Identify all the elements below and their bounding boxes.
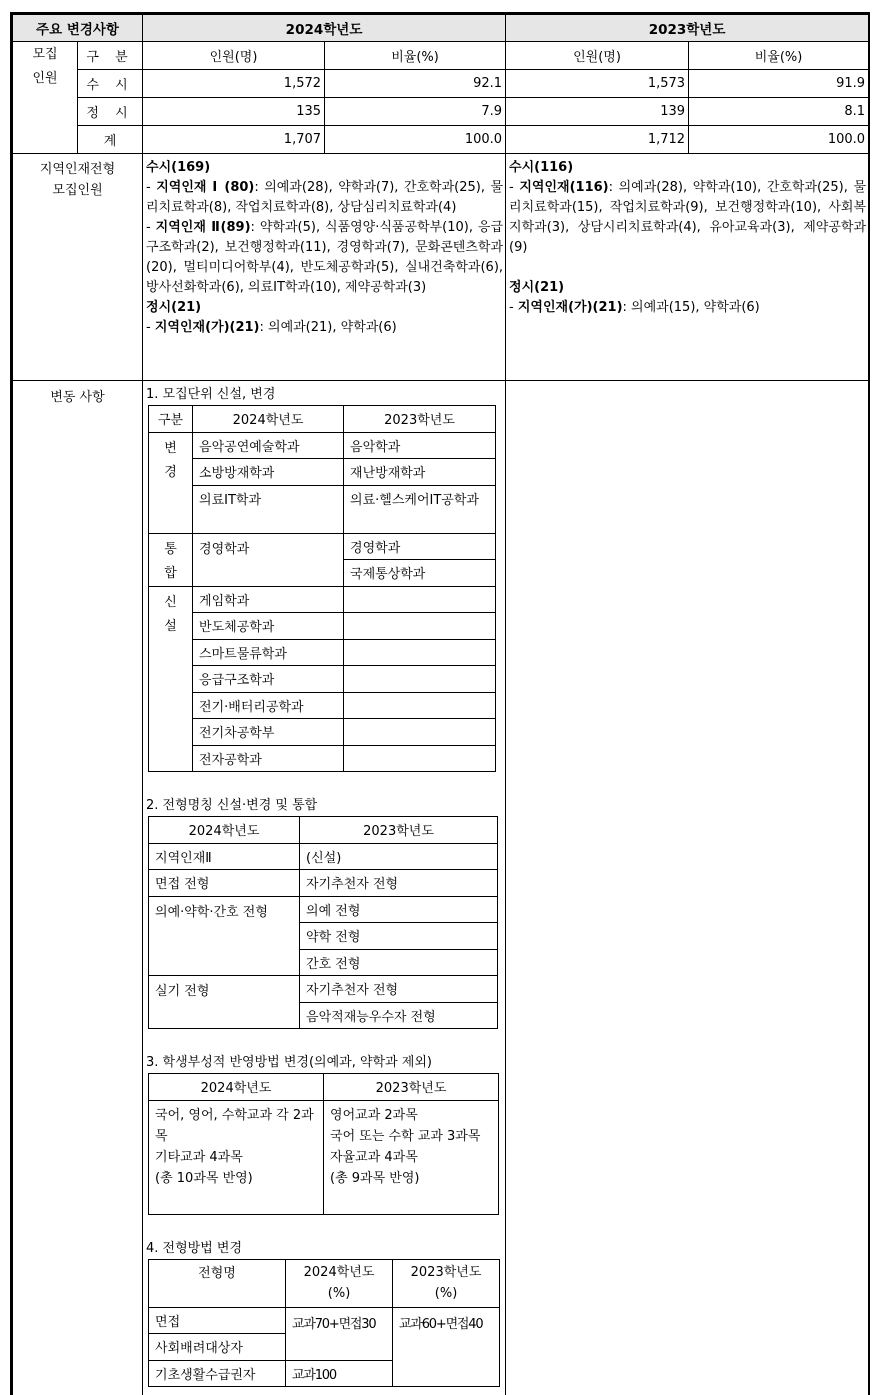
recruit-label: 모집 인원 <box>13 42 78 154</box>
section1-title: 1. 모집단위 신설, 변경 <box>146 385 502 405</box>
count-header-2024: 인원(명) <box>143 42 325 70</box>
quota-name: 지역인재(가)(21) <box>155 320 260 335</box>
cell-2024: 의예·약학·간호 전형 <box>149 896 300 976</box>
col-header: 2024학년도 <box>149 1074 324 1101</box>
changes-empty-2023 <box>506 381 869 1395</box>
regional-line-2: - 지역인재 Ⅱ(89): 약학과(5), 식품영양·식품공학부(10), 응급… <box>146 218 503 298</box>
cell-2024: 응급구조학과 <box>193 666 344 693</box>
method-2023: 교과60+면접40 <box>393 1307 500 1387</box>
table-row: 정 시 135 7.9 139 8.1 <box>13 98 869 126</box>
screening-name-table: 2024학년도 2023학년도 지역인재Ⅱ (신설) 면접 전형 자기추천자 전… <box>148 816 498 1029</box>
cell-2024: 경영학과 <box>193 533 344 586</box>
header-label: 주요 변경사항 <box>13 15 143 42</box>
ratio-2024: 7.9 <box>325 98 506 126</box>
main-table: 주요 변경사항 2024학년도 2023학년도 모집 인원 구 분 인원(명) … <box>12 14 869 1395</box>
method-line: 국어 또는 수학 교과 3과목 <box>330 1126 492 1147</box>
cell-2023: 의료·헬스케어IT공학과 <box>344 485 496 533</box>
count-2023: 139 <box>506 98 689 126</box>
cell-2023 <box>344 586 496 613</box>
count-2023: 1,712 <box>506 126 689 154</box>
row-category: 정 시 <box>78 98 143 126</box>
recruit-subheader-row: 모집 인원 구 분 인원(명) 비율(%) 인원(명) 비율(%) <box>13 42 869 70</box>
method-line: 자율교과 4과목 <box>330 1147 492 1168</box>
cell-2023: 경영학과 <box>344 533 496 560</box>
category-header: 구 분 <box>78 42 143 70</box>
admission-changes-document: 주요 변경사항 2024학년도 2023학년도 모집 인원 구 분 인원(명) … <box>10 12 870 1395</box>
count-2024: 135 <box>143 98 325 126</box>
header-row: 주요 변경사항 2024학년도 2023학년도 <box>13 15 869 42</box>
ratio-2023: 91.9 <box>689 70 869 98</box>
cell-2023: 자기추천자 전형 <box>300 976 498 1003</box>
ratio-header-2024: 비율(%) <box>325 42 506 70</box>
regional-line-1: - 지역인재 Ⅰ (80): 의예과(28), 약학과(7), 간호학과(25)… <box>146 178 503 218</box>
ratio-2023: 100.0 <box>689 126 869 154</box>
cell-2023 <box>344 745 496 772</box>
col-header: 2023학년도 <box>324 1074 499 1101</box>
screening-name: 사회배려대상자 <box>149 1334 286 1361</box>
method-2024: 국어, 영어, 수학교과 각 2과목 기타교과 4과목 (총 10과목 반영) <box>149 1100 324 1214</box>
ratio-2024: 92.1 <box>325 70 506 98</box>
cell-2024: 음악공연예술학과 <box>193 432 344 459</box>
table-row-total: 계 1,707 100.0 1,712 100.0 <box>13 126 869 154</box>
cell-2023 <box>344 639 496 666</box>
ratio-2024: 100.0 <box>325 126 506 154</box>
changes-row: 변동 사항 1. 모집단위 신설, 변경 구분 2024학년도 2023학년도 … <box>13 381 869 1395</box>
method-line: (총 10과목 반영) <box>155 1168 317 1189</box>
count-header-2023: 인원(명) <box>506 42 689 70</box>
jeongsi-title-2023: 정시(21) <box>509 278 866 298</box>
method-2023: 영어교과 2과목 국어 또는 수학 교과 3과목 자율교과 4과목 (총 9과목… <box>324 1100 499 1214</box>
cell-2023: 자기추천자 전형 <box>300 870 498 897</box>
method-line: (총 9과목 반영) <box>330 1168 492 1189</box>
method-line: 국어, 영어, 수학교과 각 2과목 <box>155 1105 317 1147</box>
regional-row: 지역인재전형 모집인원 수시(169) - 지역인재 Ⅰ (80): 의예과(2… <box>13 154 869 381</box>
cell-2023 <box>344 613 496 640</box>
regional-line-3: - 지역인재(가)(21): 의예과(21), 약학과(6) <box>146 318 503 338</box>
cell-2023: 국제통상학과 <box>344 560 496 587</box>
jeongsi-title-2024: 정시(21) <box>146 298 503 318</box>
col-header: 2024학년도 <box>193 406 344 433</box>
regional-line-3: - 지역인재(가)(21): 의예과(15), 약학과(6) <box>509 298 866 318</box>
susi-title-2024: 수시(169) <box>146 158 503 178</box>
regional-2023: 수시(116) - 지역인재(116): 의예과(28), 약학과(10), 간… <box>506 154 869 381</box>
cell-2024: 의료IT학과 <box>193 485 344 533</box>
cell-2024: 반도체공학과 <box>193 613 344 640</box>
susi-title-2023: 수시(116) <box>509 158 866 178</box>
section3-title: 3. 학생부성적 반영방법 변경(의예과, 약학과 제외) <box>146 1053 502 1073</box>
cell-2023: 음악학과 <box>344 432 496 459</box>
cell-2023: 음악적재능우수자 전형 <box>300 1002 498 1029</box>
quota-name: 지역인재 Ⅱ(89) <box>156 220 251 235</box>
cell-2023 <box>344 666 496 693</box>
grade-method-table: 2024학년도 2023학년도 국어, 영어, 수학교과 각 2과목 기타교과 … <box>148 1073 499 1215</box>
cell-2023: (신설) <box>300 843 498 870</box>
quota-name: 지역인재(116) <box>519 180 608 195</box>
cell-2023: 재난방재학과 <box>344 459 496 486</box>
cell-2023 <box>344 719 496 746</box>
section4-title: 4. 전형방법 변경 <box>146 1239 502 1259</box>
quota-name: 지역인재 Ⅰ (80) <box>156 180 254 195</box>
group-label-merge: 통합 <box>149 533 193 586</box>
col-header: 전형명 <box>149 1259 286 1307</box>
cell-2024: 스마트물류학과 <box>193 639 344 666</box>
cell-2023: 의예 전형 <box>300 896 498 923</box>
count-2023: 1,573 <box>506 70 689 98</box>
row-category: 수 시 <box>78 70 143 98</box>
screening-method-table: 전형명 2024학년도(%) 2023학년도(%) 면접 교과70+면접30 교… <box>148 1259 500 1388</box>
method-line: 영어교과 2과목 <box>330 1105 492 1126</box>
cell-2024: 게임학과 <box>193 586 344 613</box>
regional-line-1: - 지역인재(116): 의예과(28), 약학과(10), 간호학과(25),… <box>509 178 866 258</box>
cell-2024: 소방방재학과 <box>193 459 344 486</box>
screening-name: 기초생활수급권자 <box>149 1360 286 1387</box>
table-row: 수 시 1,572 92.1 1,573 91.9 <box>13 70 869 98</box>
col-header: 2024학년도(%) <box>286 1259 393 1307</box>
count-2024: 1,707 <box>143 126 325 154</box>
changes-label: 변동 사항 <box>13 381 143 1395</box>
changes-content: 1. 모집단위 신설, 변경 구분 2024학년도 2023학년도 변경 음악공… <box>143 381 506 1395</box>
regional-label-line2: 모집인원 <box>16 180 139 201</box>
group-label-change: 변경 <box>149 432 193 533</box>
method-2024: 교과70+면접30 <box>286 1307 393 1360</box>
col-header: 2024학년도 <box>149 817 300 844</box>
regional-2024: 수시(169) - 지역인재 Ⅰ (80): 의예과(28), 약학과(7), … <box>143 154 506 381</box>
section2-title: 2. 전형명칭 신설·변경 및 통합 <box>146 796 502 816</box>
row-category: 계 <box>78 126 143 154</box>
recruit-label-line1: 모집 <box>16 43 74 67</box>
group-label-new: 신설 <box>149 586 193 772</box>
count-2024: 1,572 <box>143 70 325 98</box>
recruit-label-line2: 인원 <box>16 67 74 91</box>
col-header: 2023학년도 <box>300 817 498 844</box>
ratio-2023: 8.1 <box>689 98 869 126</box>
regional-label-line1: 지역인재전형 <box>16 159 139 180</box>
quota-detail: : 의예과(15), 약학과(6) <box>623 300 760 315</box>
cell-2024: 지역인재Ⅱ <box>149 843 300 870</box>
col-header: 구분 <box>149 406 193 433</box>
cell-2023 <box>344 692 496 719</box>
quota-name: 지역인재(가)(21) <box>518 300 623 315</box>
cell-2023: 약학 전형 <box>300 923 498 950</box>
header-2024: 2024학년도 <box>143 15 506 42</box>
regional-label: 지역인재전형 모집인원 <box>13 154 143 381</box>
cell-2024: 전기차공학부 <box>193 719 344 746</box>
ratio-header-2023: 비율(%) <box>689 42 869 70</box>
cell-2023: 간호 전형 <box>300 949 498 976</box>
cell-2024: 면접 전형 <box>149 870 300 897</box>
method-2024: 교과100 <box>286 1360 393 1387</box>
screening-name: 면접 <box>149 1307 286 1334</box>
col-header: 2023학년도 <box>344 406 496 433</box>
unit-change-table: 구분 2024학년도 2023학년도 변경 음악공연예술학과 음악학과 소방방재… <box>148 405 496 772</box>
quota-detail: : 의예과(21), 약학과(6) <box>260 320 397 335</box>
method-line: 기타교과 4과목 <box>155 1147 317 1168</box>
header-2023: 2023학년도 <box>506 15 869 42</box>
cell-2024: 실기 전형 <box>149 976 300 1029</box>
cell-2024: 전자공학과 <box>193 745 344 772</box>
col-header: 2023학년도(%) <box>393 1259 500 1307</box>
cell-2024: 전기·배터리공학과 <box>193 692 344 719</box>
